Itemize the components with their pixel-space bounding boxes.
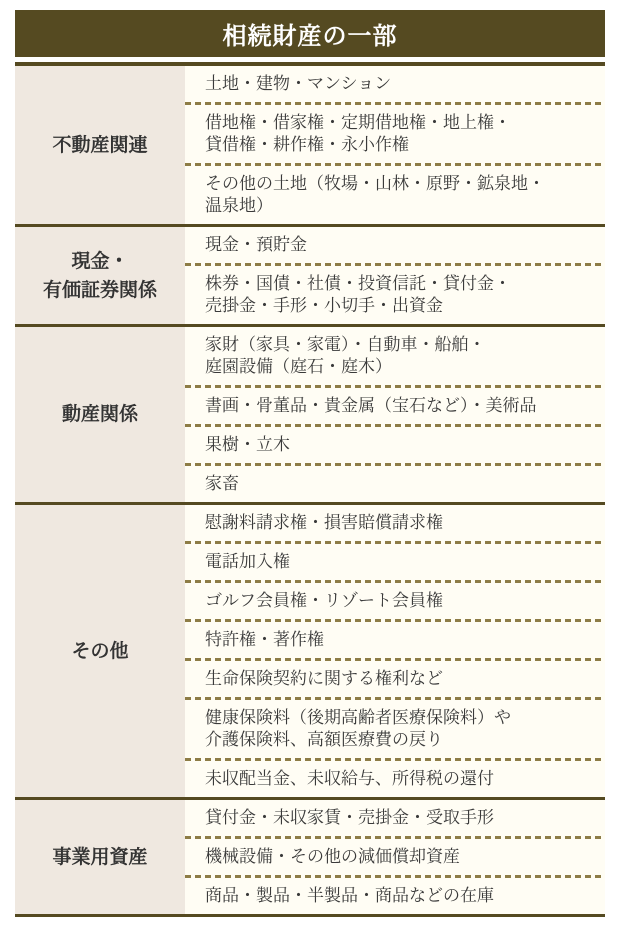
asset-group-movables: 動産関係 家財（家具・家電）・自動車・船舶・ 庭園設備（庭石・庭木） 書画・骨董… <box>15 324 605 502</box>
table-body: 不動産関連 土地・建物・マンション 借地権・借家権・定期借地権・地上権・ 貸借権… <box>15 62 605 917</box>
asset-group-others: その他 慰謝料請求権・損害賠償請求権 電話加入権 ゴルフ会員権・リゾート会員権 … <box>15 502 605 797</box>
items-column: 現金・預貯金 株券・国債・社債・投資信託・貸付金・ 売掛金・手形・小切手・出資金 <box>185 227 605 324</box>
asset-item: その他の土地（牧場・山林・原野・鉱泉地・ 温泉地） <box>185 163 605 224</box>
asset-item: 土地・建物・マンション <box>185 66 605 102</box>
asset-item: 果樹・立木 <box>185 424 605 463</box>
asset-item: 慰謝料請求権・損害賠償請求権 <box>185 505 605 541</box>
asset-item: 機械設備・その他の減価償却資産 <box>185 836 605 875</box>
category-label: 不動産関連 <box>15 66 185 224</box>
asset-item: 特許権・著作権 <box>185 619 605 658</box>
inheritance-asset-table: 相続財産の一部 不動産関連 土地・建物・マンション 借地権・借家権・定期借地権・… <box>0 0 620 917</box>
asset-item: 家畜 <box>185 463 605 502</box>
asset-item: 現金・預貯金 <box>185 227 605 263</box>
asset-group-cash-securities: 現金・ 有価証券関係 現金・預貯金 株券・国債・社債・投資信託・貸付金・ 売掛金… <box>15 224 605 324</box>
asset-item: 未収配当金、未収給与、所得税の還付 <box>185 758 605 797</box>
asset-item: 家財（家具・家電）・自動車・船舶・ 庭園設備（庭石・庭木） <box>185 327 605 385</box>
asset-item: 商品・製品・半製品・商品などの在庫 <box>185 875 605 914</box>
asset-item: 電話加入権 <box>185 541 605 580</box>
asset-item: ゴルフ会員権・リゾート会員権 <box>185 580 605 619</box>
items-column: 家財（家具・家電）・自動車・船舶・ 庭園設備（庭石・庭木） 書画・骨董品・貴金属… <box>185 327 605 502</box>
asset-item: 生命保険契約に関する権利など <box>185 658 605 697</box>
items-column: 土地・建物・マンション 借地権・借家権・定期借地権・地上権・ 貸借権・耕作権・永… <box>185 66 605 224</box>
asset-item: 借地権・借家権・定期借地権・地上権・ 貸借権・耕作権・永小作権 <box>185 102 605 163</box>
asset-item: 株券・国債・社債・投資信託・貸付金・ 売掛金・手形・小切手・出資金 <box>185 263 605 324</box>
asset-item: 貸付金・未収家賃・売掛金・受取手形 <box>185 800 605 836</box>
items-column: 慰謝料請求権・損害賠償請求権 電話加入権 ゴルフ会員権・リゾート会員権 特許権・… <box>185 505 605 797</box>
table-title: 相続財産の一部 <box>15 10 605 57</box>
asset-item: 健康保険料（後期高齢者医療保険料）や 介護保険料、高額医療費の戻り <box>185 697 605 758</box>
asset-item: 書画・骨董品・貴金属（宝石など）・美術品 <box>185 385 605 424</box>
items-column: 貸付金・未収家賃・売掛金・受取手形 機械設備・その他の減価償却資産 商品・製品・… <box>185 800 605 914</box>
category-label: 動産関係 <box>15 327 185 502</box>
category-label: その他 <box>15 505 185 797</box>
asset-group-real-estate: 不動産関連 土地・建物・マンション 借地権・借家権・定期借地権・地上権・ 貸借権… <box>15 66 605 224</box>
category-label: 事業用資産 <box>15 800 185 914</box>
category-label: 現金・ 有価証券関係 <box>15 227 185 324</box>
asset-group-business: 事業用資産 貸付金・未収家賃・売掛金・受取手形 機械設備・その他の減価償却資産 … <box>15 797 605 914</box>
